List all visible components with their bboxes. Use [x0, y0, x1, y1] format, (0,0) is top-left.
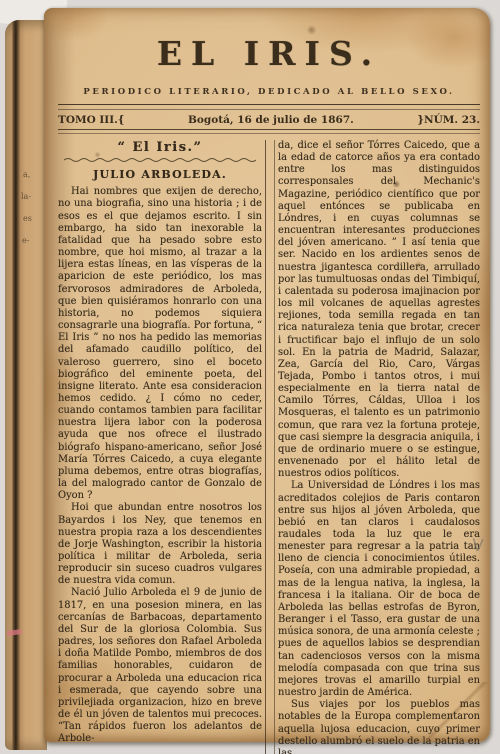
article-paragraph: Sus viajes por los pueblos mas notables …	[278, 699, 480, 754]
tomo-label: TOMO III.{	[58, 114, 125, 126]
book-spine-page-edges: a, la- es e-	[5, 20, 47, 750]
pencil-mark-v: V	[472, 536, 485, 557]
masthead-subtitle: PERIODICO LITERARIO, DEDICADO AL BELLO S…	[58, 87, 480, 97]
article-paragraph: Nació Julio Arboleda el 9 de junio de 18…	[58, 587, 262, 745]
article-paragraph: Hoi que abundan entre nosotros los Bayar…	[58, 502, 262, 587]
double-rule-top	[58, 104, 480, 110]
article-paragraph: da, dice el señor Tórres Caicedo, que a …	[278, 140, 480, 480]
double-rule-bottom	[58, 129, 480, 134]
section-title: “ El Iris.”	[58, 142, 262, 154]
dateline-row: TOMO III.{ Bogotá, 16 de julio de 1867. …	[58, 114, 480, 126]
left-column: “ El Iris.” JULIO ARBOLEDA. Hai nombres …	[58, 140, 262, 754]
article-paragraph: La Universidad de Lóndres i los mas acre…	[278, 480, 480, 699]
masthead-title: EL IRIS.	[58, 34, 480, 73]
newspaper-page: EL IRIS. PERIODICO LITERARIO, DEDICADO A…	[44, 8, 490, 742]
spine-text-fragment: a,	[23, 170, 30, 179]
right-column: da, dice el señor Tórres Caicedo, que a …	[278, 140, 480, 754]
issue-date: Bogotá, 16 de julio de 1867.	[188, 114, 354, 126]
issue-number: }NÚM. 23.	[417, 114, 480, 126]
article-paragraph: Hai nombres que exijen de derecho, no un…	[58, 186, 262, 502]
article-title: JULIO ARBOLEDA.	[58, 169, 262, 181]
photographed-newspaper-scene: a, la- es e- EL IRIS. PERIODICO LITERARI…	[0, 0, 500, 754]
spine-text-fragment: e-	[22, 236, 29, 245]
spine-text-fragment: la-	[21, 192, 31, 201]
column-divider-rule	[265, 140, 275, 754]
page-content: EL IRIS. PERIODICO LITERARIO, DEDICADO A…	[44, 8, 490, 742]
wavy-rule	[64, 157, 256, 163]
article-columns: “ El Iris.” JULIO ARBOLEDA. Hai nombres …	[58, 140, 480, 754]
spine-text-fragment: es	[23, 214, 32, 223]
